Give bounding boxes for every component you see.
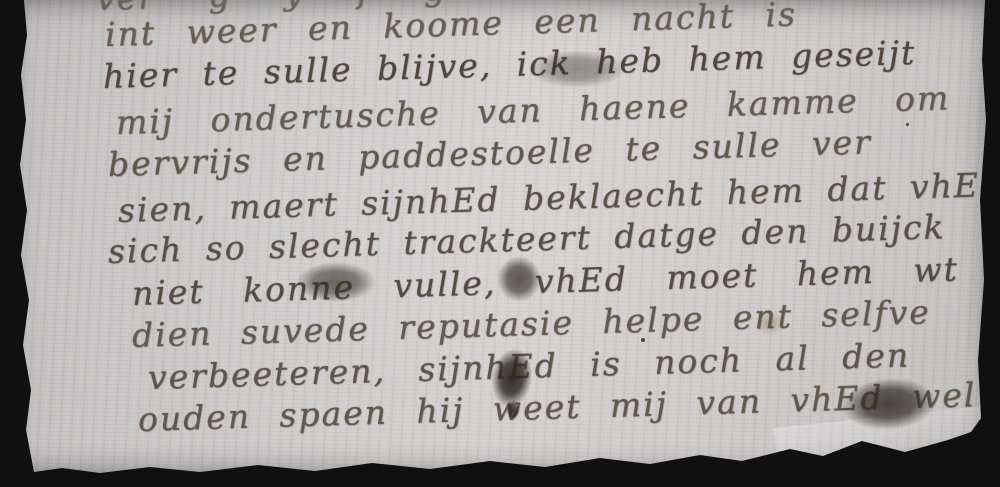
paper-sheet: ver g y f g int weer en koome een nacht …	[0, 0, 1000, 487]
manuscript-photo: ver g y f g int weer en koome een nacht …	[0, 0, 1000, 487]
ink-blot	[497, 256, 541, 302]
ink-blot	[506, 400, 520, 420]
paper-speck	[906, 123, 909, 126]
ink-blot	[528, 50, 626, 88]
ink-blot	[296, 262, 376, 302]
